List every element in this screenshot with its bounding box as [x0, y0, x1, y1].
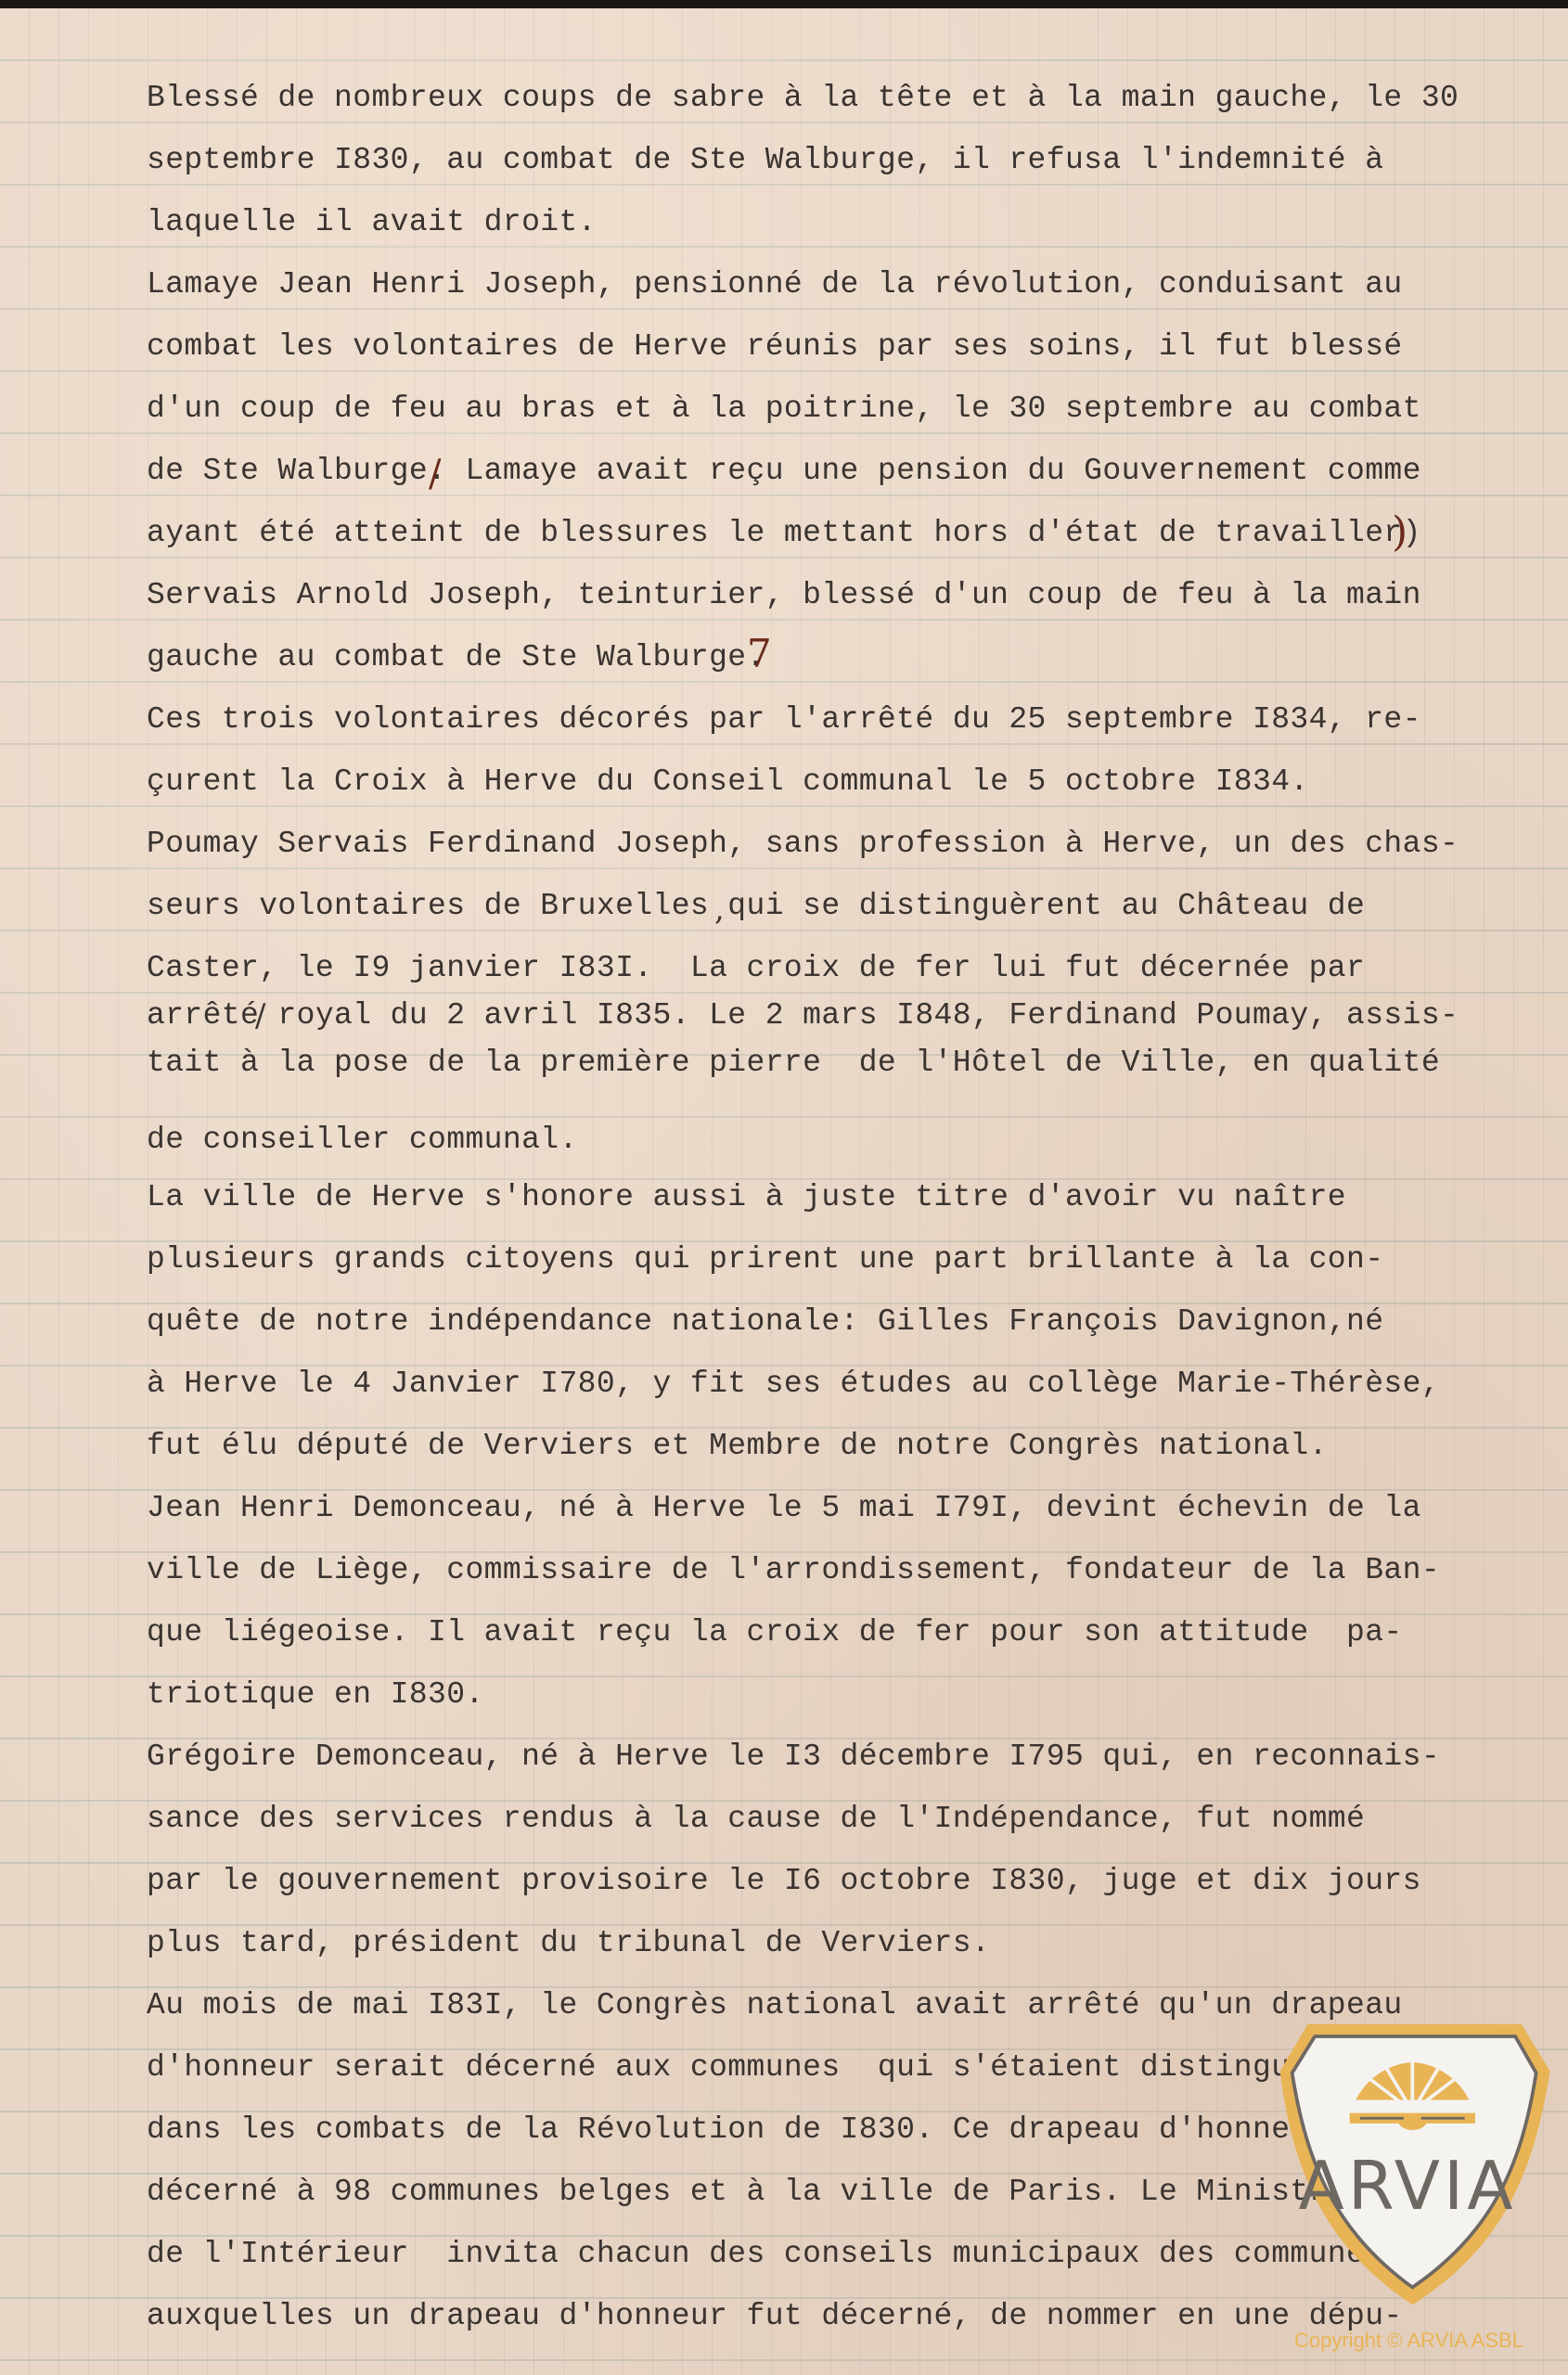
text-line: Poumay Servais Ferdinand Joseph, sans pr…	[147, 813, 1483, 875]
text-line: d'un coup de feu au bras et à la poitrin…	[147, 378, 1483, 440]
text-line: laquelle il avait droit.	[147, 191, 1483, 253]
text-line: sance des services rendus à la cause de …	[147, 1788, 1483, 1850]
text-line: par le gouvernement provisoire le I6 oct…	[147, 1850, 1483, 1912]
text-line: ville de Liège, commissaire de l'arrondi…	[147, 1539, 1483, 1601]
text-line: quête de notre indépendance nationale: G…	[147, 1290, 1483, 1353]
arvia-watermark-logo: ARVIA	[1273, 2008, 1561, 2323]
scan-top-edge	[0, 0, 1568, 8]
text-line: Ces trois volontaires décorés par l'arrê…	[147, 688, 1483, 751]
text-line: tait à la pose de la première pierre de …	[147, 1032, 1483, 1094]
text-line: ayant été atteint de blessures le mettan…	[147, 502, 1483, 564]
text-line: septembre I830, au combat de Ste Walburg…	[147, 129, 1483, 191]
bracket-open-mark: /	[429, 453, 441, 495]
text-line: Lamaye Jean Henri Joseph, pensionné de l…	[147, 253, 1483, 315]
typewritten-page: Blessé de nombreux coups de sabre à la t…	[147, 67, 1483, 2347]
comma-insert-mark: ,	[714, 891, 725, 928]
text-line: plusieurs grands citoyens qui prirent un…	[147, 1228, 1483, 1290]
text-line: plus tard, président du tribunal de Verv…	[147, 1912, 1483, 1974]
text-line: seurs volontaires de Bruxelles qui se di…	[147, 875, 1483, 937]
text-line: Grégoire Demonceau, né à Herve le I3 déc…	[147, 1726, 1483, 1788]
copyright-notice: Copyright © ARVIA ASBL	[1294, 2329, 1523, 2353]
text-line: triotique en I830.	[147, 1663, 1483, 1726]
text-line: fut élu député de Verviers et Membre de …	[147, 1415, 1483, 1477]
text-line: La ville de Herve s'honore aussi à juste…	[147, 1166, 1483, 1228]
text-line: Jean Henri Demonceau, né à Herve le 5 ma…	[147, 1477, 1483, 1539]
text-line: à Herve le 4 Janvier I780, y fit ses étu…	[147, 1353, 1483, 1415]
text-line: çurent la Croix à Herve du Conseil commu…	[147, 751, 1483, 813]
text-line: arrêté royal du 2 avril I835. Le 2 mars …	[147, 999, 1483, 1032]
text-line: Caster, le I9 janvier I83I. La croix de …	[147, 937, 1483, 999]
text-line: de conseiller communal.	[147, 1094, 1483, 1166]
bracket-close-mark: )	[1392, 508, 1407, 556]
arvia-logo-text: ARVIA	[1273, 2147, 1542, 2225]
text-line: gauche au combat de Ste Walburge.	[147, 626, 1483, 688]
text-line: combat les volontaires de Herve réunis p…	[147, 315, 1483, 378]
accent-insert-mark: /	[255, 997, 265, 1034]
text-line: de Ste Walburge. Lamaye avait reçu une p…	[147, 440, 1483, 502]
text-line: Blessé de nombreux coups de sabre à la t…	[147, 67, 1483, 129]
bracket-mark: 7	[747, 631, 772, 676]
text-line: Servais Arnold Joseph, teinturier, bless…	[147, 564, 1483, 626]
text-line: que liégeoise. Il avait reçu la croix de…	[147, 1601, 1483, 1663]
